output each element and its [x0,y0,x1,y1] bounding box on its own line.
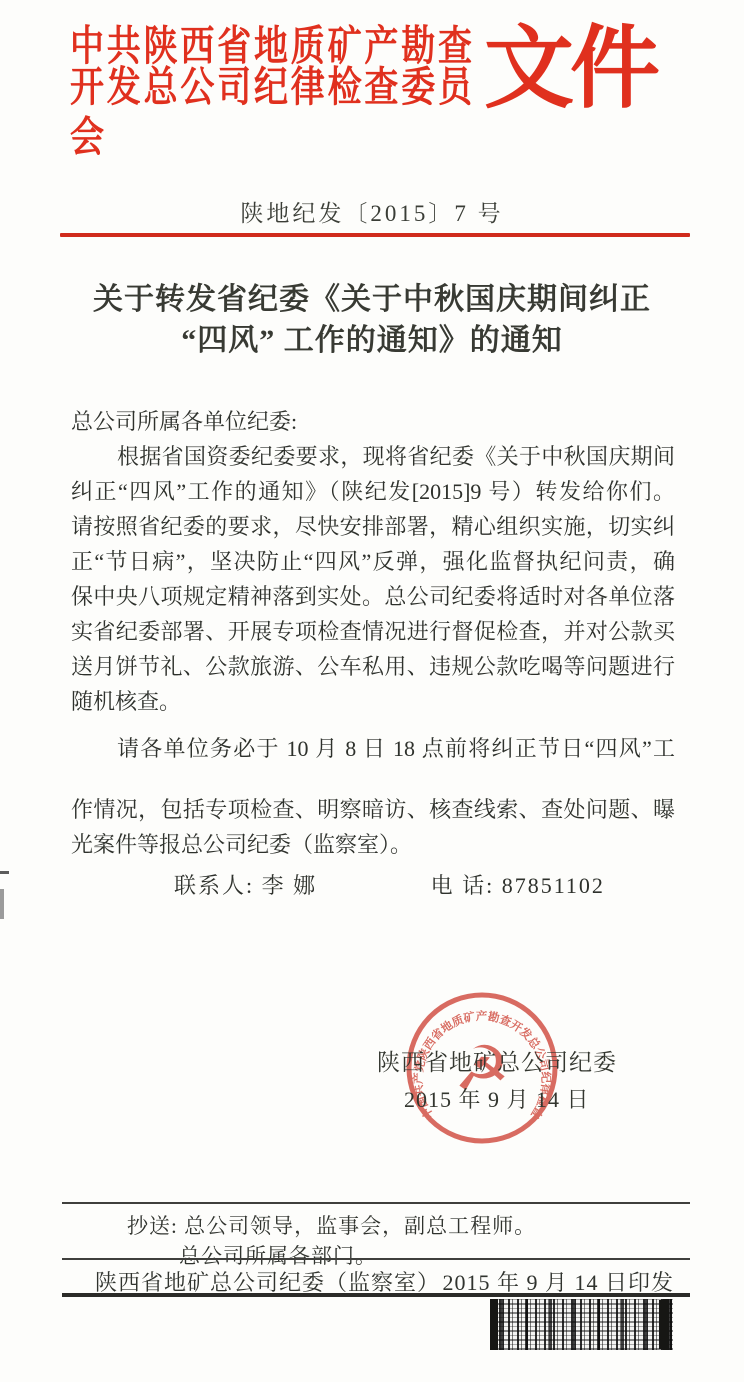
salutation: 总公司所属各单位纪委: [71,404,675,439]
letterhead-org-name: 中共陕西省地质矿产勘查 开发总公司纪律检查委员会 [70,22,472,145]
signature-org: 陕西省地矿总公司纪委 [377,1044,617,1077]
body-line: 实省纪委部署、开展专项检查情况进行督促检查，并对公款买 [71,614,675,649]
contact-person: 联系人: 李 娜 [174,873,317,898]
scan-artifact-bar [0,889,4,919]
footer-rule-bottom [62,1293,690,1297]
body-line: 请各单位务必于 10 月 8 日 18 点前将纠正节日“四风”工 [71,731,675,766]
document-title-line1: 关于转发省纪委《关于中秋国庆期间纠正 [42,279,702,320]
document-title-line2: “四风” 工作的通知》的通知 [42,320,702,361]
contact-row: 联系人: 李 娜 电 话: 87851102 [71,870,675,902]
body-line: 请按照省纪委的要求，尽快安排部署，精心组织实施，切实纠 [71,509,675,544]
body-line: 送月饼节礼、公款旅游、公车私用、违规公款吃喝等问题进行 [71,649,675,684]
document-barcode [490,1299,673,1350]
body-line: 纠正“四风”工作的通知》（陕纪发[2015]9 号）转发给你们。 [71,474,675,509]
red-divider-rule [60,233,690,237]
scan-artifact-dash [0,871,9,874]
body-line: 光案件等报总公司纪委（监察室）。 [71,827,675,862]
document-title: 关于转发省纪委《关于中秋国庆期间纠正 “四风” 工作的通知》的通知 [42,279,702,361]
scanned-official-document: 中共陕西省地质矿产勘查 开发总公司纪律检查委员会 文件 陕地纪发〔2015〕7 … [0,0,744,1382]
letterhead-org-line2: 开发总公司纪律检查委员会 [70,63,472,163]
footer-rule-top [62,1202,690,1204]
footer-rule-middle [62,1258,690,1260]
signature-date: 2015 年 9 月 14 日 [404,1083,590,1114]
body-paragraph-2: 请各单位务必于 10 月 8 日 18 点前将纠正节日“四风”工 作情况，包括专… [71,731,675,862]
document-number: 陕地纪发〔2015〕7 号 [0,195,744,228]
letterhead-doc-type: 文件 [484,14,674,126]
document-body: 总公司所属各单位纪委: 根据省国资委纪委要求，现将省纪委《关于中秋国庆期间 纠正… [71,404,675,902]
body-line: 随机核查。 [71,684,675,719]
body-line: 根据省国资委纪委要求，现将省纪委《关于中秋国庆期间 [71,439,675,474]
body-line: 正“节日病”，坚决防止“四风”反弹，强化监督执纪问责，确 [71,544,675,579]
cc-line1: 抄送: 总公司领导，监事会，副总工程师。 [127,1210,536,1240]
body-line: 作情况，包括专项检查、明察暗访、核查线索、查处问题、曝 [71,792,675,827]
body-line: 保中央八项规定精神落到实处。总公司纪委将适时对各单位落 [71,579,675,614]
contact-phone: 电 话: 87851102 [431,873,605,898]
